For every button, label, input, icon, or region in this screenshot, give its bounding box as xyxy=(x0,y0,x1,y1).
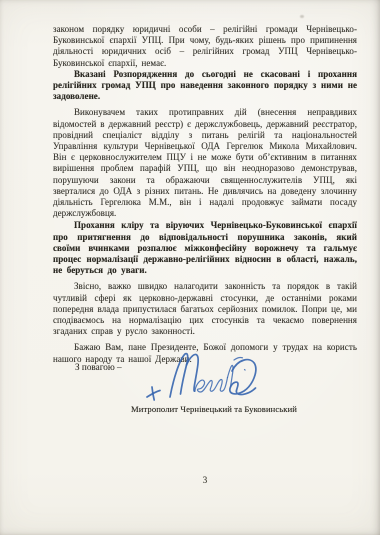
closing-salutation: З повагою – xyxy=(75,362,122,372)
body-paragraph: Виконувачем таких протиправних дій (внес… xyxy=(53,107,357,219)
handwritten-signature xyxy=(134,347,266,405)
signature-caption: Митрополит Чернівецький та Буковинський xyxy=(104,404,324,414)
body-paragraph: Звісно, важко швидко налагодити законніс… xyxy=(53,281,357,337)
scanned-letter-page: законом порядку юридичні особи – релігій… xyxy=(0,0,380,535)
body-paragraph-bold: Вказані Розпорядження до сьогодні не ска… xyxy=(53,69,357,103)
letter-body: законом порядку юридичні особи – релігій… xyxy=(53,24,357,365)
body-paragraph-bold: Прохання кліру та віруючих Чернівецько-Б… xyxy=(53,220,357,276)
scan-artifact-speck xyxy=(300,15,304,18)
page-number: 3 xyxy=(53,475,357,485)
body-paragraph: законом порядку юридичні особи – релігій… xyxy=(53,24,357,69)
